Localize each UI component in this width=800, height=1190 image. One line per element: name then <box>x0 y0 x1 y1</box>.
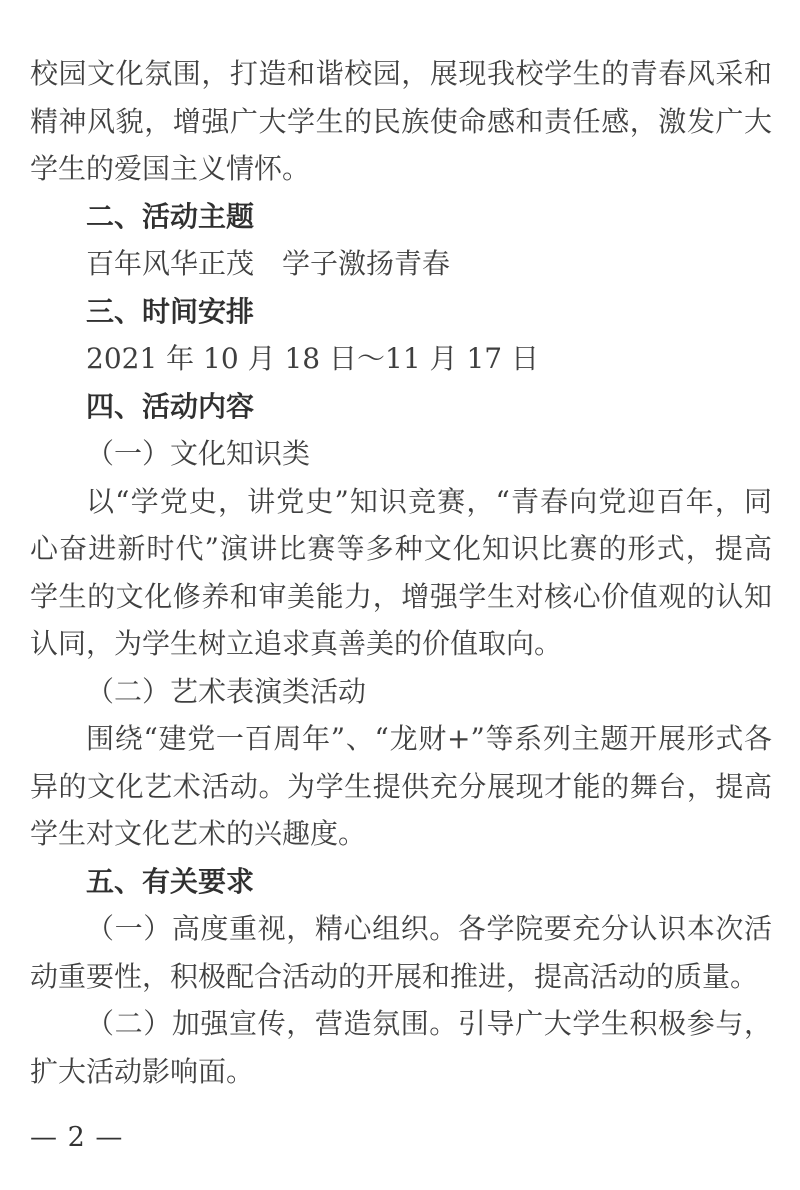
heading-activity-content: 四、活动内容 <box>30 383 772 431</box>
paragraph-theme-slogan: 百年风华正茂 学子激扬青春 <box>30 240 772 288</box>
paragraph-requirement-1: （一）高度重视，精心组织。各学院要充分认识本次活动重要性，积极配合活动的开展和推… <box>30 905 772 1000</box>
paragraph-art-performance: 围绕“建党一百周年”、“龙财+”等系列主题开展形式各异的文化艺术活动。为学生提供… <box>30 715 772 858</box>
paragraph-culture-knowledge: 以“学党史，讲党史”知识竞赛，“青春向党迎百年，同心奋进新时代”演讲比赛等多种文… <box>30 478 772 668</box>
page-number: — 2 — <box>30 1122 123 1153</box>
document-body: 校园文化氛围，打造和谐校园，展现我校学生的青春风采和精神风貌，增强广大学生的民族… <box>30 50 772 1095</box>
heading-requirements: 五、有关要求 <box>30 858 772 906</box>
paragraph-intro-continuation: 校园文化氛围，打造和谐校园，展现我校学生的青春风采和精神风貌，增强广大学生的民族… <box>30 50 772 193</box>
paragraph-subsection-2-title: （二）艺术表演类活动 <box>30 668 772 716</box>
paragraph-requirement-2: （二）加强宣传，营造氛围。引导广大学生积极参与，扩大活动影响面。 <box>30 1000 772 1095</box>
paragraph-date-range: 2021 年 10 月 18 日～11 月 17 日 <box>30 335 772 383</box>
document-page: 校园文化氛围，打造和谐校园，展现我校学生的青春风采和精神风貌，增强广大学生的民族… <box>0 0 800 1190</box>
heading-activity-theme: 二、活动主题 <box>30 193 772 241</box>
heading-time-schedule: 三、时间安排 <box>30 288 772 336</box>
paragraph-subsection-1-title: （一）文化知识类 <box>30 430 772 478</box>
